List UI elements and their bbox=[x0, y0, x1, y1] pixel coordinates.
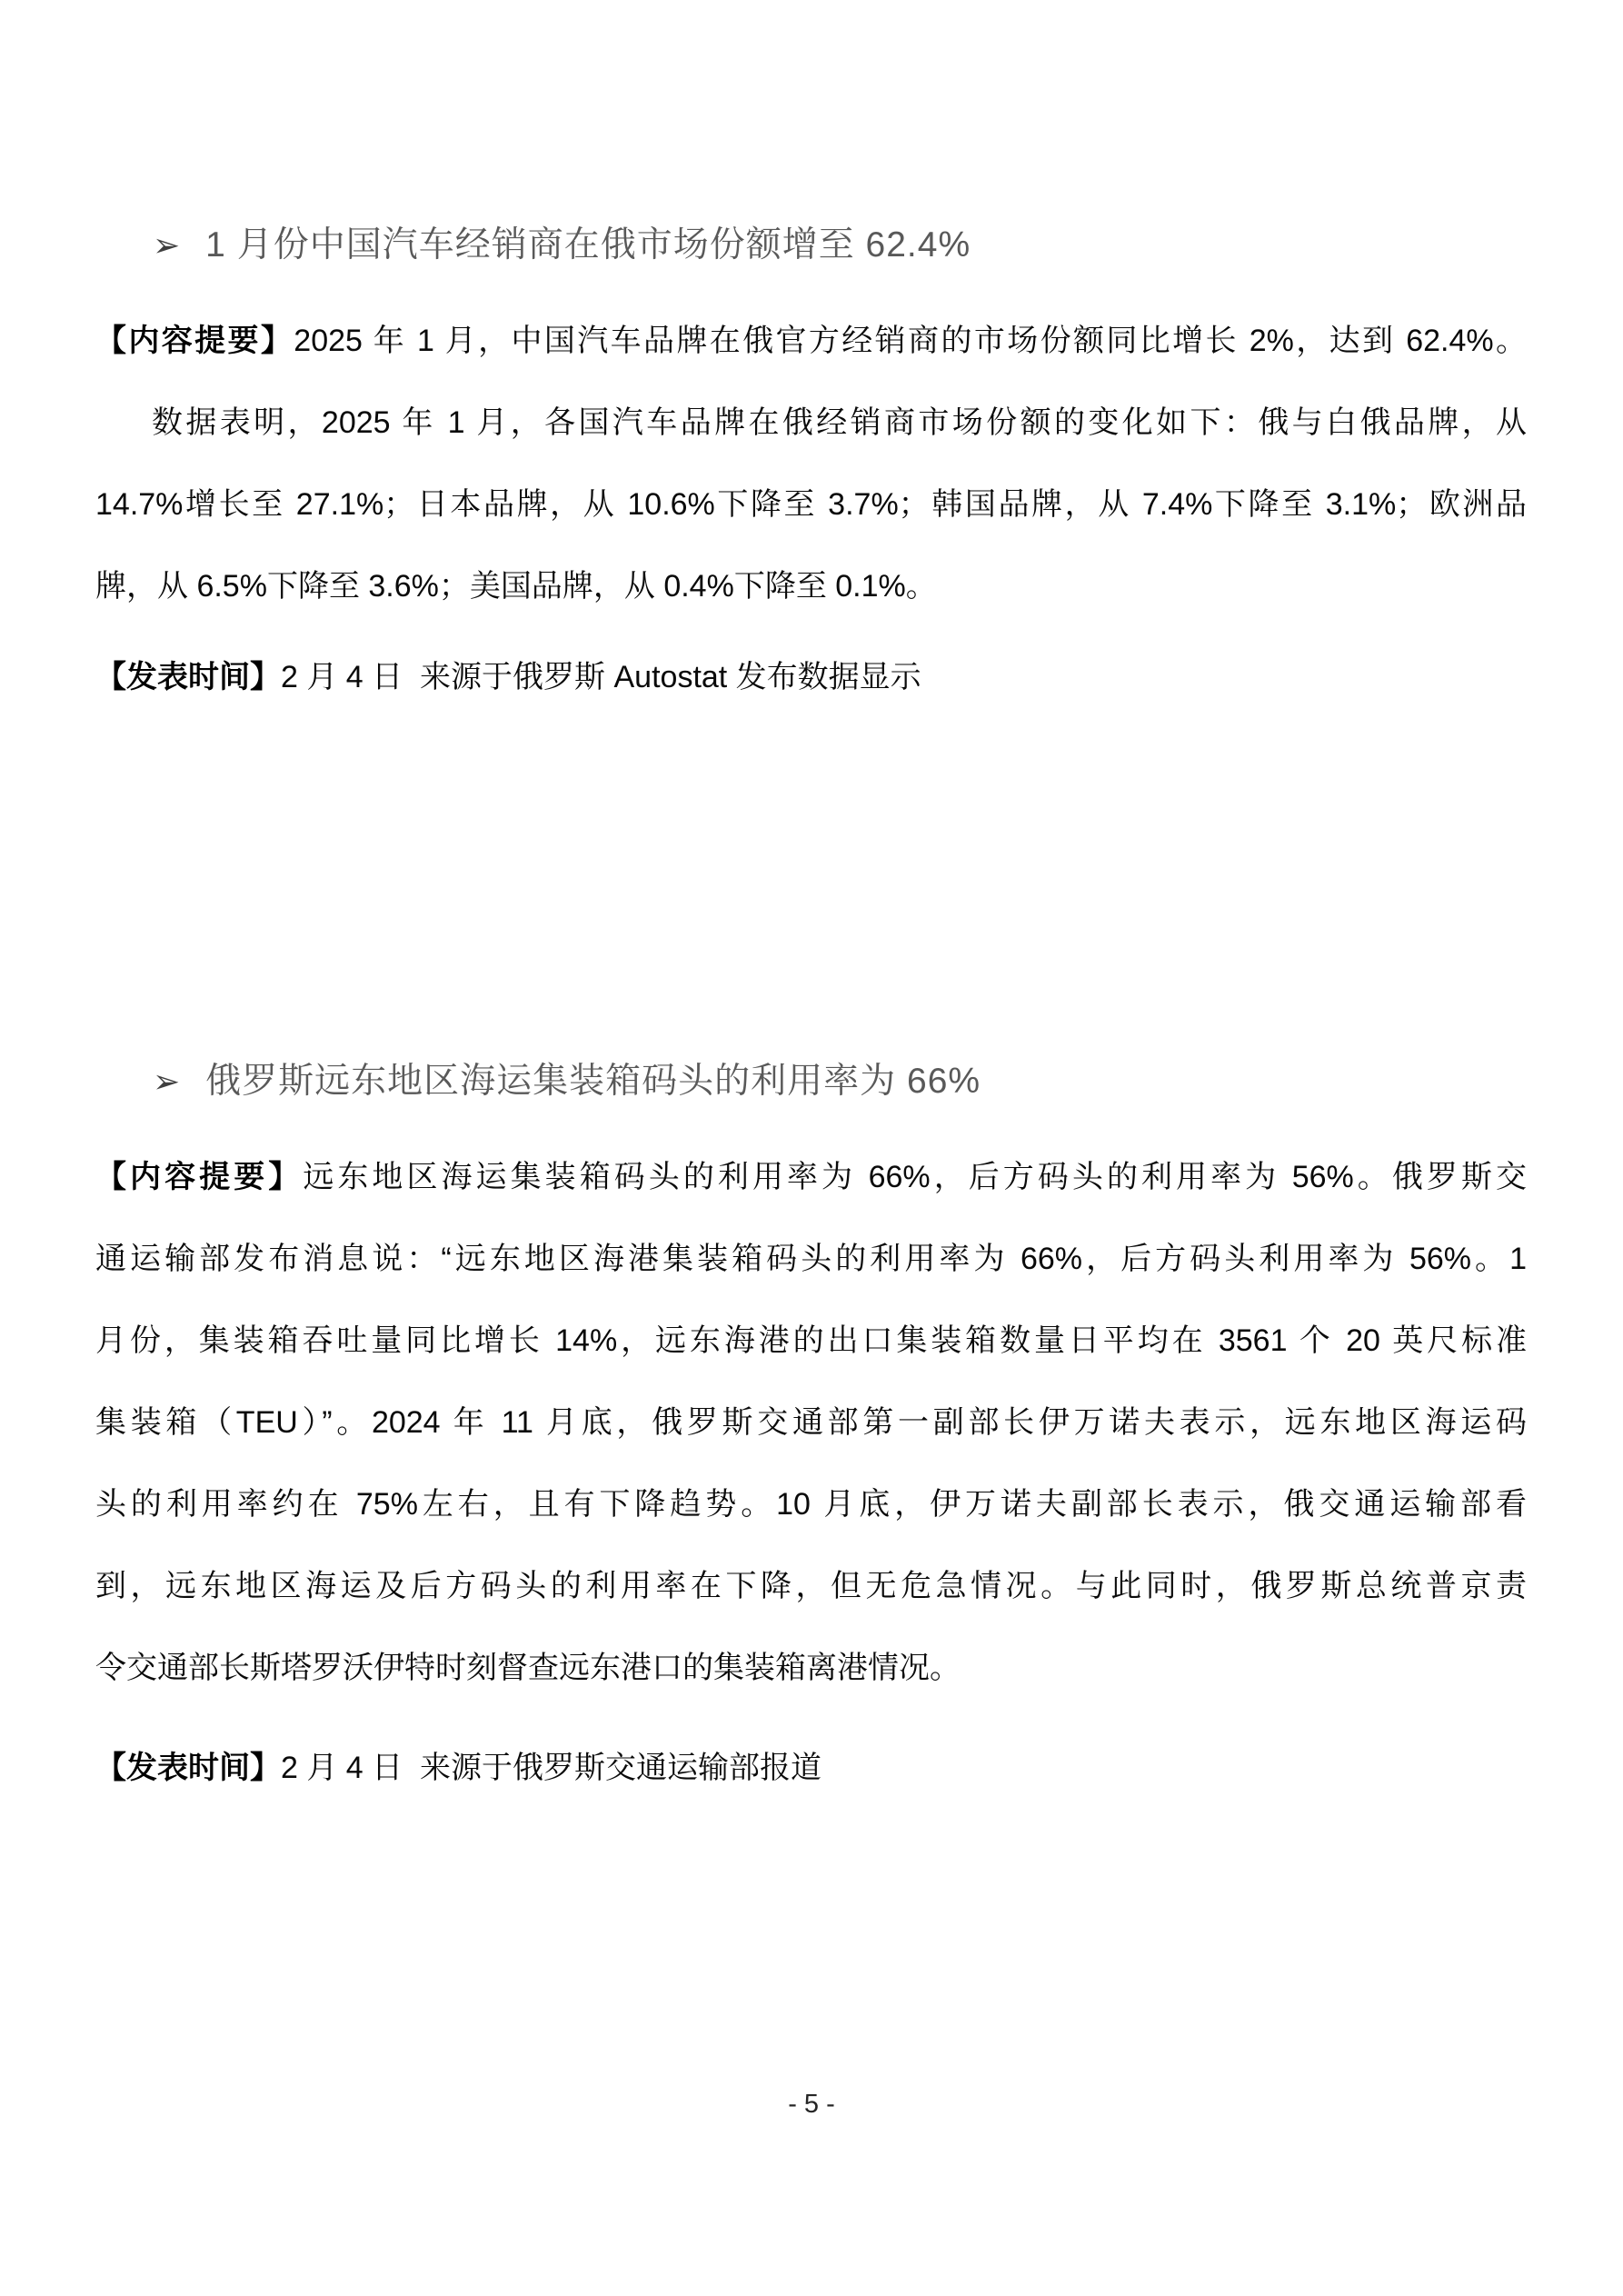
summary-paragraph: 【内容提要】远东地区海运集装箱码头的利用率为 66%，后方码头的利用率为 56%… bbox=[95, 1136, 1527, 1709]
document-page: ➢ 1 月份中国汽车经销商在俄市场份额增至 62.4% 【内容提要】2025 年… bbox=[0, 0, 1623, 2296]
summary-line: 14.7%增长至 27.1%；日本品牌，从 10.6%下降至 3.7%；韩国品牌… bbox=[95, 464, 1527, 545]
summary-line: 令交通部长斯塔罗沃伊特时刻督查远东港口的集装箱离港情况。 bbox=[95, 1627, 1527, 1709]
summary-line: 月份，集装箱吞吐量同比增长 14%，远东海港的出口集装箱数量日平均在 3561 … bbox=[95, 1300, 1527, 1382]
news-heading-title: 1 月份中国汽车经销商在俄市场份额增至 62.4% bbox=[205, 218, 971, 273]
summary-line: 通运输部发布消息说：“远东地区海港集装箱码头的利用率为 66%，后方码头利用率为… bbox=[95, 1218, 1527, 1300]
summary-text: 远东地区海运集装箱码头的利用率为 66%，后方码头的利用率为 56%。俄罗斯交 bbox=[303, 1160, 1527, 1194]
summary-line: 【内容提要】2025 年 1 月，中国汽车品牌在俄官方经销商的市场份额同比增长 … bbox=[95, 300, 1527, 382]
publish-line: 【发表时间】2 月 4 日 来源于俄罗斯 Autostat 发布数据显示 bbox=[95, 636, 1527, 718]
arrow-bullet-icon: ➢ bbox=[153, 218, 180, 273]
news-item-1: ➢ 1 月份中国汽车经销商在俄市场份额增至 62.4% 【内容提要】2025 年… bbox=[95, 218, 1527, 718]
news-heading-row-1: ➢ 1 月份中国汽车经销商在俄市场份额增至 62.4% bbox=[95, 218, 1527, 273]
summary-line: 数据表明，2025 年 1 月，各国汽车品牌在俄经销商市场份额的变化如下：俄与白… bbox=[95, 382, 1527, 464]
summary-line: 集装箱（TEU）”。2024 年 11 月底，俄罗斯交通部第一副部长伊万诺夫表示… bbox=[95, 1382, 1527, 1463]
publish-label: 【发表时间】 bbox=[95, 1751, 281, 1785]
summary-text: 2025 年 1 月，中国汽车品牌在俄官方经销商的市场份额同比增长 2%，达到 … bbox=[294, 324, 1527, 358]
publish-line: 【发表时间】2 月 4 日 来源于俄罗斯交通运输部报道 bbox=[95, 1727, 1527, 1809]
arrow-bullet-icon: ➢ bbox=[153, 1054, 180, 1109]
news-item-2: ➢ 俄罗斯远东地区海运集装箱码头的利用率为 66% 【内容提要】远东地区海运集装… bbox=[95, 1054, 1527, 1809]
summary-line: 牌，从 6.5%下降至 3.6%；美国品牌，从 0.4%下降至 0.1%。 bbox=[95, 545, 1527, 627]
publish-text: 2 月 4 日 来源于俄罗斯 Autostat 发布数据显示 bbox=[281, 660, 921, 694]
publish-text: 2 月 4 日 来源于俄罗斯交通运输部报道 bbox=[281, 1751, 821, 1785]
summary-line: 到，远东地区海运及后方码头的利用率在下降，但无危急情况。与此同时，俄罗斯总统普京… bbox=[95, 1545, 1527, 1627]
summary-label: 【内容提要】 bbox=[95, 324, 294, 358]
news-heading-row-2: ➢ 俄罗斯远东地区海运集装箱码头的利用率为 66% bbox=[95, 1054, 1527, 1109]
summary-line: 头的利用率约在 75%左右，且有下降趋势。10 月底，伊万诺夫副部长表示，俄交通… bbox=[95, 1463, 1527, 1545]
summary-line: 【内容提要】远东地区海运集装箱码头的利用率为 66%，后方码头的利用率为 56%… bbox=[95, 1136, 1527, 1218]
summary-label: 【内容提要】 bbox=[95, 1160, 303, 1194]
summary-paragraph: 【内容提要】2025 年 1 月，中国汽车品牌在俄官方经销商的市场份额同比增长 … bbox=[95, 300, 1527, 627]
page-number: - 5 - bbox=[0, 2084, 1623, 2125]
news-heading-title: 俄罗斯远东地区海运集装箱码头的利用率为 66% bbox=[205, 1054, 981, 1109]
publish-label: 【发表时间】 bbox=[95, 660, 281, 694]
